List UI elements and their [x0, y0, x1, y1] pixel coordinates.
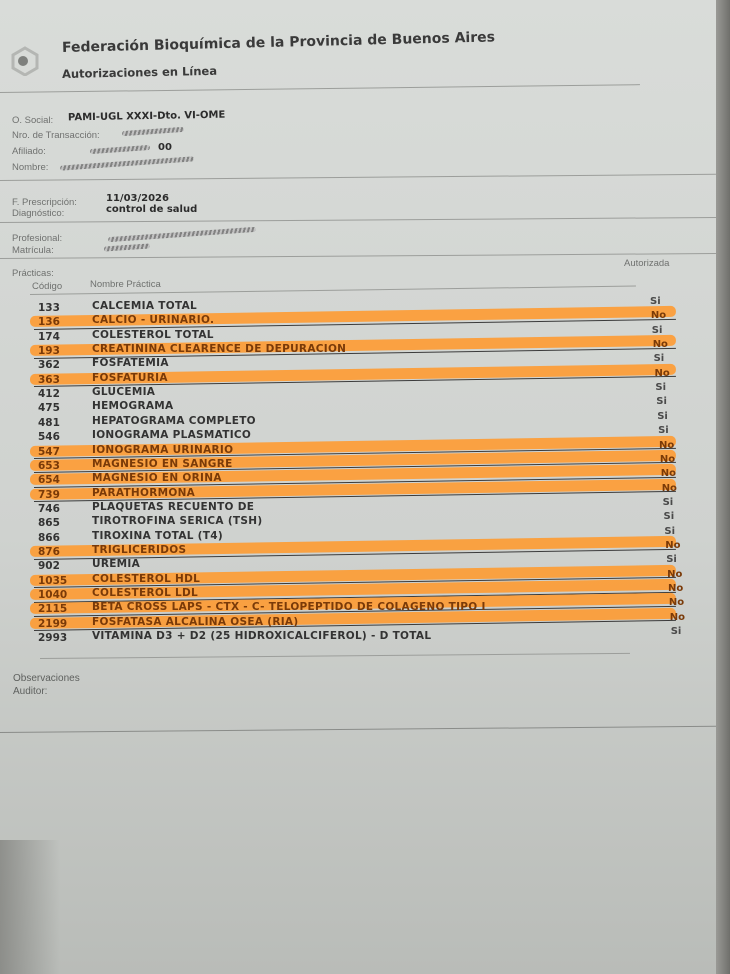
column-autorizada: Autorizada [624, 258, 669, 269]
practice-code: 362 [38, 359, 78, 371]
practice-code: 739 [38, 489, 78, 501]
practice-code: 746 [38, 503, 78, 515]
authorization-status: No [661, 468, 676, 479]
authorization-status: Si [657, 411, 668, 422]
divider [0, 726, 730, 733]
authorization-status: No [665, 540, 680, 551]
practice-name: HEMOGRAMA [92, 400, 173, 412]
table-row: 2199FOSFATASA ALCALINA OSEA (RIA)No [0, 616, 716, 631]
authorization-status: Si [671, 626, 682, 637]
column-codigo: Código [32, 281, 62, 292]
practice-name: FOSFATEMIA [92, 357, 169, 369]
divider [0, 217, 716, 223]
afiliado-suffix: 00 [158, 142, 172, 153]
practice-name: IONOGRAMA PLASMATICO [92, 429, 251, 441]
practice-code: 876 [38, 546, 78, 558]
practice-code: 1035 [38, 575, 78, 587]
authorization-status: No [659, 440, 674, 451]
practice-name: UREMIA [92, 558, 140, 570]
document-subtitle: Autorizaciones en Línea [62, 64, 217, 81]
table-row: 739PARATHORMONANo [0, 487, 716, 502]
obra-social-value: PAMI-UGL XXXI-Dto. VI-OME [68, 110, 225, 124]
column-nombre-practica: Nombre Práctica [90, 279, 161, 290]
redacted-matricula [104, 243, 150, 251]
authorization-status: Si [658, 425, 669, 436]
nombre-label: Nombre: [12, 162, 48, 173]
authorization-status: No [662, 483, 677, 494]
practice-code: 475 [38, 402, 78, 414]
practice-code: 2115 [38, 603, 78, 615]
table-row: 876TRIGLICERIDOSNo [0, 544, 716, 559]
photo-shadow [0, 840, 60, 974]
practice-name: CREATININA CLEARENCE DE DEPURACION [92, 343, 346, 355]
practice-name: TRIGLICERIDOS [92, 544, 186, 556]
practice-name: TIROTROFINA SERICA (TSH) [92, 515, 262, 527]
diagnostico-value: control de salud [106, 204, 197, 215]
table-row: 412GLUCEMIASi [0, 386, 716, 401]
authorization-status: Si [663, 497, 674, 508]
practice-code: 865 [38, 517, 78, 529]
fecha-prescripcion-label: F. Prescripción: [12, 197, 77, 208]
authorization-status: Si [652, 325, 663, 336]
practice-code: 902 [38, 560, 78, 572]
authorization-status: No [653, 339, 668, 350]
table-row: 193CREATININA CLEARENCE DE DEPURACIONNo [0, 343, 716, 358]
redacted-afiliado [90, 145, 150, 154]
redacted-transaccion [122, 127, 184, 136]
authorization-status: No [669, 597, 684, 608]
authorization-status: No [651, 310, 666, 321]
authorization-status: Si [664, 511, 675, 522]
table-row: 865TIROTROFINA SERICA (TSH)Si [0, 515, 716, 530]
table-row: 475HEMOGRAMASi [0, 400, 716, 415]
divider [0, 174, 716, 181]
authorization-status: No [655, 368, 670, 379]
practice-code: 2199 [38, 618, 78, 630]
practice-name: MAGNESIO EN SANGRE [92, 458, 233, 470]
practice-name: COLESTEROL TOTAL [92, 329, 214, 341]
hexagon-logo-icon [10, 46, 40, 76]
paper-edge-shadow [716, 0, 730, 974]
practice-code: 866 [38, 532, 78, 544]
practice-code: 481 [38, 417, 78, 429]
authorization-status: Si [655, 382, 666, 393]
practice-code: 546 [38, 431, 78, 443]
practice-name: FOSFATASA ALCALINA OSEA (RIA) [92, 616, 298, 628]
practice-name: CALCIO - URINARIO. [92, 314, 214, 326]
organization-title: Federación Bioquímica de la Provincia de… [62, 29, 495, 56]
practice-code: 136 [38, 316, 78, 328]
table-row: 746PLAQUETAS RECUENTO DESi [0, 501, 716, 516]
practice-code: 2993 [38, 632, 78, 644]
practice-name: GLUCEMIA [92, 386, 155, 398]
practice-name: MAGNESIO EN ORINA [92, 472, 222, 484]
observaciones-label: Observaciones [13, 673, 80, 684]
divider [0, 253, 716, 259]
divider [40, 653, 630, 659]
authorization-status: Si [654, 353, 665, 364]
practice-code: 174 [38, 331, 78, 343]
practice-name: PARATHORMONA [92, 487, 195, 499]
practice-code: 547 [38, 446, 78, 458]
table-row: 2993VITAMINA D3 + D2 (25 HIDROXICALCIFER… [0, 630, 716, 645]
authorization-document: Federación Bioquímica de la Provincia de… [0, 0, 716, 974]
practice-name: COLESTEROL LDL [92, 587, 198, 599]
document-header: Federación Bioquímica de la Provincia de… [10, 30, 630, 90]
table-row: 136CALCIO - URINARIO.No [0, 314, 716, 329]
obra-social-label: O. Social: [12, 115, 53, 126]
practice-code: 653 [38, 460, 78, 472]
table-row: 481HEPATOGRAMA COMPLETOSi [0, 415, 716, 430]
practice-name: HEPATOGRAMA COMPLETO [92, 415, 256, 427]
diagnostico-label: Diagnóstico: [12, 208, 64, 219]
transaccion-label: Nro. de Transacción: [12, 130, 100, 141]
practice-name: IONOGRAMA URINARIO [92, 444, 233, 456]
practice-name: TIROXINA TOTAL (T4) [92, 530, 223, 542]
redacted-nombre [60, 156, 194, 170]
practice-name: FOSFATURIA [92, 372, 168, 384]
practicas-label: Prácticas: [12, 268, 54, 279]
profesional-label: Profesional: [12, 233, 62, 244]
practice-name: COLESTEROL HDL [92, 573, 200, 585]
practice-code: 654 [38, 474, 78, 486]
authorization-status: Si [666, 554, 677, 565]
authorization-status: No [670, 612, 685, 623]
table-row: 363FOSFATURIANo [0, 372, 716, 387]
redacted-profesional [108, 227, 256, 242]
practice-code: 363 [38, 374, 78, 386]
authorization-status: Si [656, 396, 667, 407]
fecha-prescripcion-value: 11/03/2026 [106, 193, 169, 204]
matricula-label: Matrícula: [12, 245, 54, 256]
practice-name: VITAMINA D3 + D2 (25 HIDROXICALCIFEROL) … [92, 630, 431, 642]
practice-code: 193 [38, 345, 78, 357]
practice-code: 412 [38, 388, 78, 400]
practice-code: 133 [38, 302, 78, 314]
auditor-label: Auditor: [13, 686, 47, 697]
practice-code: 1040 [38, 589, 78, 601]
practice-name: CALCEMIA TOTAL [92, 300, 197, 312]
practice-name: PLAQUETAS RECUENTO DE [92, 501, 254, 513]
afiliado-label: Afiliado: [12, 146, 46, 157]
